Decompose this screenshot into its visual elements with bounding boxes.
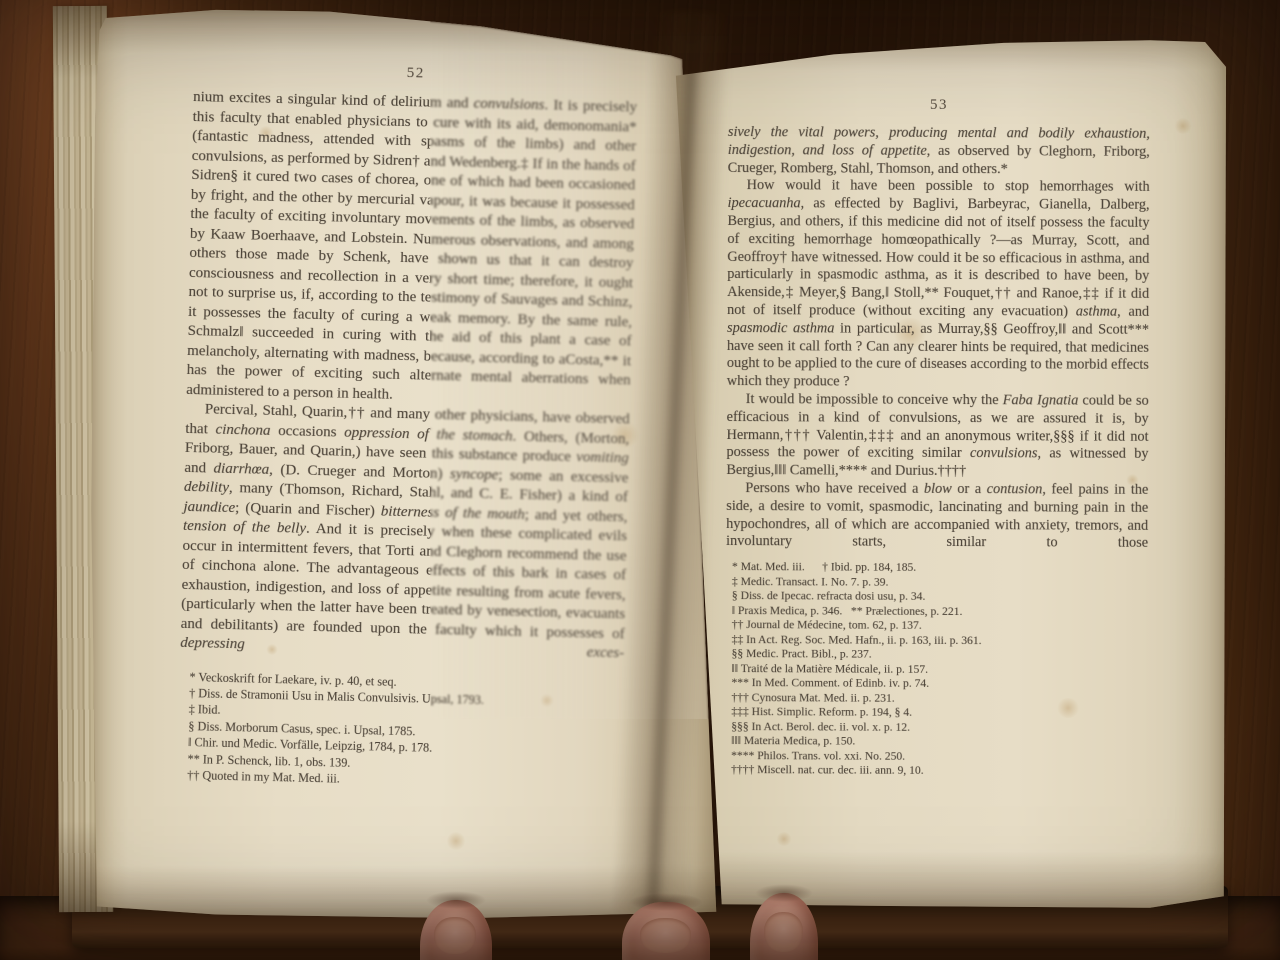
foxing-stain: [1174, 118, 1192, 134]
left-page-footnotes: * Veckoskrift for Laekare, iv. p. 40, et…: [177, 668, 624, 793]
right-page-paragraphs: sively the vital powers, producing menta…: [726, 124, 1150, 553]
footnote: §§ Medic. Pract. Bibl., p. 237.: [726, 647, 1148, 663]
foxing-stain: [776, 832, 792, 846]
footnote: § Diss. de Ipecac. refracta dosi usu, p.…: [726, 589, 1148, 605]
footnote: ‖‖‖ Materia Medica, p. 150.: [725, 734, 1147, 750]
paragraph: sively the vital powers, producing menta…: [728, 124, 1150, 179]
footnote: * Mat. Med. iii. † Ibid. pp. 184, 185.: [726, 560, 1148, 576]
footnote: *** In Med. Comment. of Edinb. iv. p. 74…: [725, 676, 1147, 692]
left-page: 52 nium excites a singular kind of delir…: [90, 8, 720, 920]
footnote: †††† Miscell. nat. cur. dec. iii. ann. 9…: [725, 763, 1147, 779]
paragraph: Percival, Stahl, Quarin,†† and many othe…: [180, 400, 630, 664]
open-book-photograph: 52 nium excites a singular kind of delir…: [0, 0, 1280, 960]
foxing-stain: [446, 832, 466, 850]
right-page-footnotes: * Mat. Med. iii. † Ibid. pp. 184, 185.‡ …: [725, 560, 1148, 779]
fingernail: [640, 918, 691, 953]
right-page: 53 sively the vital powers, producing me…: [664, 26, 1230, 914]
left-page-number: 52: [194, 60, 638, 87]
fingernail: [764, 912, 803, 952]
right-page-number: 53: [728, 96, 1150, 115]
footnote: †† Journal de Médecine, tom. 62, p. 137.: [726, 618, 1148, 634]
left-page-text-block: 52 nium excites a singular kind of delir…: [177, 60, 638, 794]
fingernail: [434, 917, 476, 954]
paragraph: Persons who have received a blow or a co…: [726, 480, 1148, 553]
paragraph: nium excites a singular kind of delirium…: [186, 88, 637, 410]
paragraph: How would it have been possible to stop …: [727, 177, 1150, 392]
left-page-paragraphs: nium excites a singular kind of delirium…: [180, 88, 637, 664]
paragraph: It would be impossible to conceive why t…: [726, 391, 1148, 482]
footnote: ‡‡‡ Hist. Simplic. Reform. p. 194, § 4.: [725, 705, 1147, 721]
right-page-text-block: 53 sively the vital powers, producing me…: [725, 96, 1150, 779]
